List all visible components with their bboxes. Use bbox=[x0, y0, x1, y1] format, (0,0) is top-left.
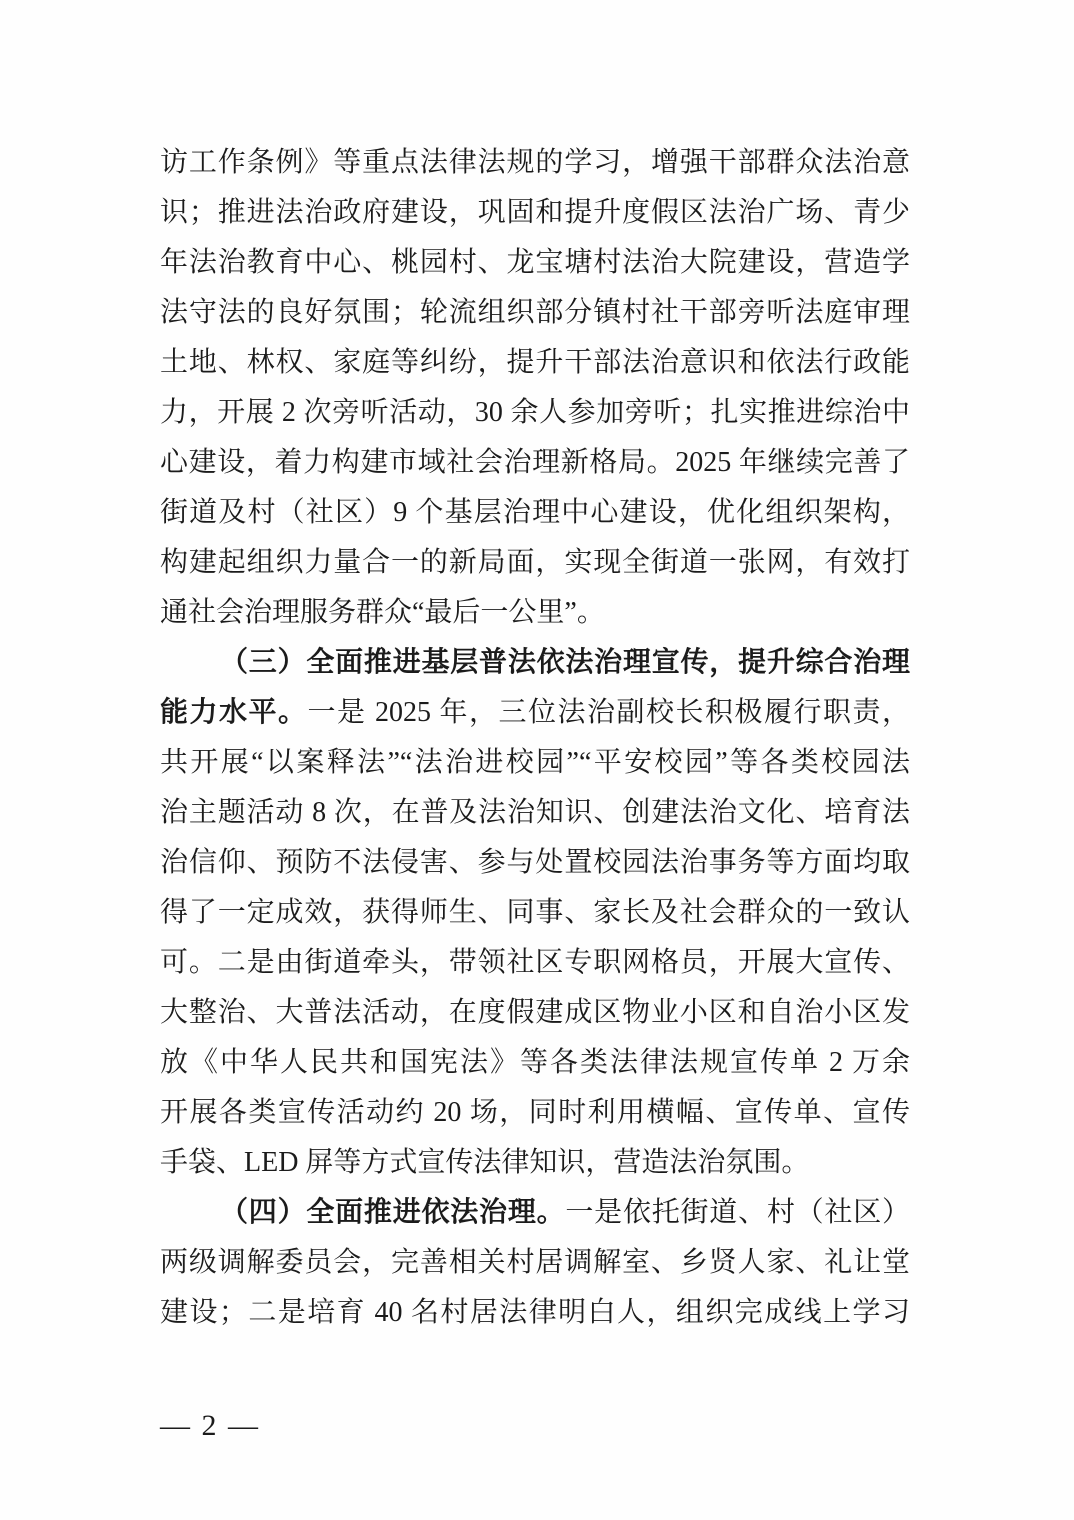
page-number: — 2 — bbox=[160, 1404, 260, 1448]
text-segment: 通社会治理服务群众“最后一公里”。 bbox=[160, 597, 605, 628]
text-segment: 年法治教育中心、桃园村、龙宝塘村法治大院建设，营造学 bbox=[160, 247, 910, 278]
text-segment: 治信仰、预防不法侵害、参与处置校园法治事务等方面均取 bbox=[160, 847, 910, 878]
text-line: 识；推进法治政府建设，巩固和提升度假区法治广场、青少 bbox=[160, 188, 910, 238]
text-segment: 建设；二是培育 40 名村居法律明白人，组织完成线上学习 bbox=[160, 1297, 910, 1328]
text-line: 街道及村（社区）9 个基层治理中心建设，优化组织架构， bbox=[160, 488, 910, 538]
text-segment: 两级调解委员会，完善相关村居调解室、乡贤人家、礼让堂 bbox=[160, 1247, 910, 1278]
text-segment: 识；推进法治政府建设，巩固和提升度假区法治广场、青少 bbox=[160, 197, 910, 228]
text-line: 可。二是由街道牵头，带领社区专职网格员，开展大宣传、 bbox=[160, 938, 910, 988]
bold-text-segment: 能力水平。 bbox=[160, 697, 308, 728]
bold-text-segment: （三）全面推进基层普法依法治理宣传，提升综合治理 bbox=[220, 647, 910, 678]
document-body: 访工作条例》等重点法律法规的学习，增强干部群众法治意识；推进法治政府建设，巩固和… bbox=[160, 138, 910, 1338]
text-segment: 放《中华人民共和国宪法》等各类法律法规宣传单 2 万余份。 bbox=[160, 1047, 910, 1088]
text-line: 能力水平。一是 2025 年，三位法治副校长积极履行职责， bbox=[160, 688, 910, 738]
bold-text-segment: （四）全面推进依法治理。 bbox=[220, 1197, 565, 1228]
text-line: 年法治教育中心、桃园村、龙宝塘村法治大院建设，营造学 bbox=[160, 238, 910, 288]
text-line: （四）全面推进依法治理。一是依托街道、村（社区） bbox=[160, 1188, 910, 1238]
text-line: 构建起组织力量合一的新局面，实现全街道一张网，有效打 bbox=[160, 538, 910, 588]
text-line: 得了一定成效，获得师生、同事、家长及社会群众的一致认 bbox=[160, 888, 910, 938]
text-segment: 大整治、大普法活动，在度假建成区物业小区和自治小区发 bbox=[160, 997, 910, 1028]
text-line: （三）全面推进基层普法依法治理宣传，提升综合治理 bbox=[160, 638, 910, 688]
text-segment: 得了一定成效，获得师生、同事、家长及社会群众的一致认 bbox=[160, 897, 910, 928]
text-segment: 力，开展 2 次旁听活动，30 余人参加旁听；扎实推进综治中 bbox=[160, 397, 910, 428]
text-segment: 手袋、LED 屏等方式宣传法律知识，营造法治氛围。 bbox=[160, 1147, 809, 1178]
text-segment: 一是 2025 年，三位法治副校长积极履行职责， bbox=[308, 697, 910, 728]
text-line: 心建设，着力构建市域社会治理新格局。2025 年继续完善了 bbox=[160, 438, 910, 488]
text-segment: 街道及村（社区）9 个基层治理中心建设，优化组织架构， bbox=[160, 497, 910, 528]
text-line: 法守法的良好氛围；轮流组织部分镇村社干部旁听法庭审理 bbox=[160, 288, 910, 338]
text-line: 共开展“以案释法”“法治进校园”“平安校园”等各类校园法 bbox=[160, 738, 910, 788]
text-line: 开展各类宣传活动约 20 场，同时利用横幅、宣传单、宣传 bbox=[160, 1088, 910, 1138]
text-line: 通社会治理服务群众“最后一公里”。 bbox=[160, 588, 910, 638]
text-segment: 一是依托街道、村（社区） bbox=[565, 1197, 910, 1228]
text-segment: 构建起组织力量合一的新局面，实现全街道一张网，有效打 bbox=[160, 547, 910, 578]
text-line: 手袋、LED 屏等方式宣传法律知识，营造法治氛围。 bbox=[160, 1138, 910, 1188]
text-segment: 法守法的良好氛围；轮流组织部分镇村社干部旁听法庭审理 bbox=[160, 297, 910, 328]
text-line: 建设；二是培育 40 名村居法律明白人，组织完成线上学习 bbox=[160, 1288, 910, 1338]
text-segment: 心建设，着力构建市域社会治理新格局。2025 年继续完善了 bbox=[160, 447, 910, 478]
text-line: 力，开展 2 次旁听活动，30 余人参加旁听；扎实推进综治中 bbox=[160, 388, 910, 438]
text-segment: 土地、林权、家庭等纠纷，提升干部法治意识和依法行政能 bbox=[160, 347, 910, 378]
text-segment: 治主题活动 8 次，在普及法治知识、创建法治文化、培育法 bbox=[160, 797, 910, 828]
document-page: 访工作条例》等重点法律法规的学习，增强干部群众法治意识；推进法治政府建设，巩固和… bbox=[0, 0, 1074, 1520]
text-segment: 共开展“以案释法”“法治进校园”“平安校园”等各类校园法 bbox=[160, 747, 910, 778]
text-line: 治信仰、预防不法侵害、参与处置校园法治事务等方面均取 bbox=[160, 838, 910, 888]
text-line: 放《中华人民共和国宪法》等各类法律法规宣传单 2 万余份。 bbox=[160, 1038, 910, 1088]
text-line: 大整治、大普法活动，在度假建成区物业小区和自治小区发 bbox=[160, 988, 910, 1038]
text-segment: 可。二是由街道牵头，带领社区专职网格员，开展大宣传、 bbox=[160, 947, 910, 978]
text-segment: 开展各类宣传活动约 20 场，同时利用横幅、宣传单、宣传 bbox=[160, 1097, 910, 1128]
text-line: 访工作条例》等重点法律法规的学习，增强干部群众法治意 bbox=[160, 138, 910, 188]
text-line: 治主题活动 8 次，在普及法治知识、创建法治文化、培育法 bbox=[160, 788, 910, 838]
text-line: 土地、林权、家庭等纠纷，提升干部法治意识和依法行政能 bbox=[160, 338, 910, 388]
text-line: 两级调解委员会，完善相关村居调解室、乡贤人家、礼让堂 bbox=[160, 1238, 910, 1288]
text-segment: 访工作条例》等重点法律法规的学习，增强干部群众法治意 bbox=[160, 147, 910, 178]
